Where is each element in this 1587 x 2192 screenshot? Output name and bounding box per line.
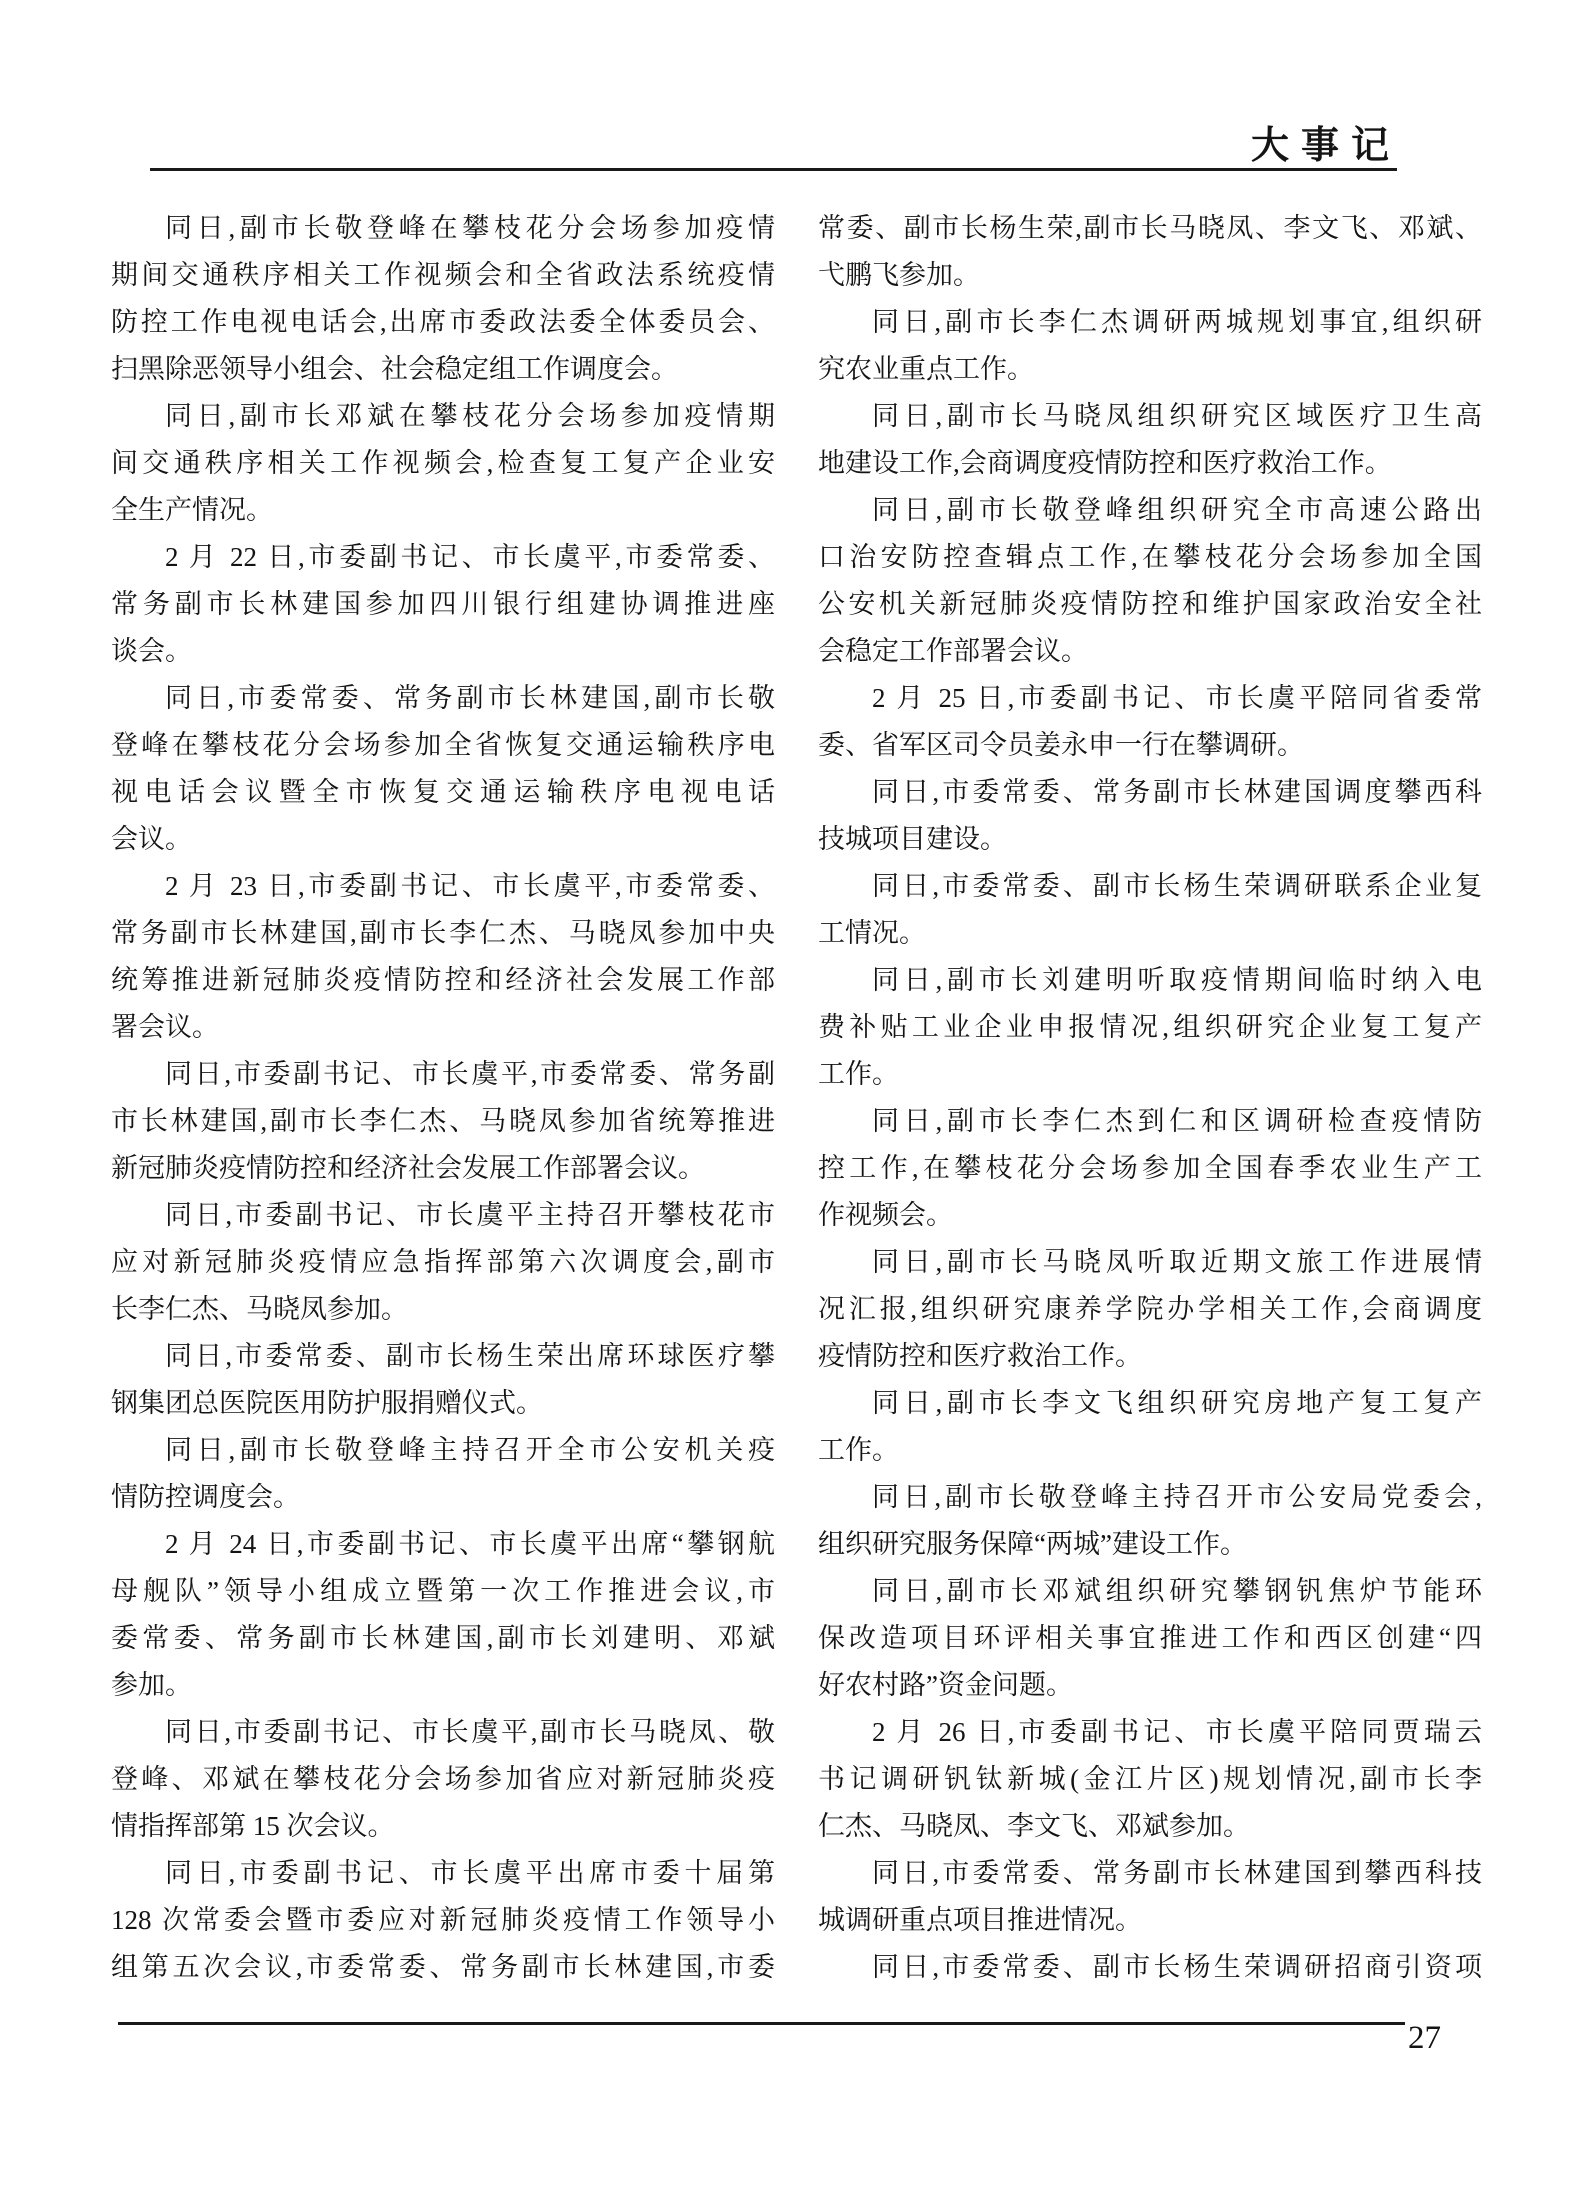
text-line: 委常委、常务副市长林建国,副市长刘建明、邓斌 (111, 1615, 775, 1662)
text-line: 技城项目建设。 (818, 816, 1482, 863)
document-page: 大事记 同日,副市长敬登峰在攀枝花分会场参加疫情期间交通秩序相关工作视频会和全省… (0, 0, 1587, 2192)
text-line: 地建设工作,会商调度疫情防控和医疗救治工作。 (818, 440, 1482, 487)
text-line: 署会议。 (111, 1004, 775, 1051)
text-line: 同日,副市长敬登峰组织研究全市高速公路出 (818, 487, 1482, 534)
text-line: 登峰、邓斌在攀枝花分会场参加省应对新冠肺炎疫 (111, 1756, 775, 1803)
text-line: 工作。 (818, 1051, 1482, 1098)
text-line: 保改造项目环评相关事宜推进工作和西区创建“四 (818, 1615, 1482, 1662)
text-line: 会稳定工作部署会议。 (818, 628, 1482, 675)
text-line: 同日,市委副书记、市长虞平,副市长马晓凤、敬 (111, 1709, 775, 1756)
text-line: 同日,副市长李仁杰到仁和区调研检查疫情防 (818, 1098, 1482, 1145)
text-line: 公安机关新冠肺炎疫情防控和维护国家政治安全社 (818, 581, 1482, 628)
text-line: 同日,副市长马晓凤组织研究区域医疗卫生高 (818, 393, 1482, 440)
page-number: 27 (1408, 2018, 1441, 2058)
text-line: 同日,市委副书记、市长虞平,市委常委、常务副 (111, 1051, 775, 1098)
text-line: 城调研重点项目推进情况。 (818, 1897, 1482, 1944)
text-line: 同日,市委常委、副市长杨生荣调研联系企业复 (818, 863, 1482, 910)
text-line: 同日,副市长敬登峰主持召开市公安局党委会, (818, 1474, 1482, 1521)
text-line: 费补贴工业企业申报情况,组织研究企业复工复产 (818, 1004, 1482, 1051)
text-line: 口治安防控查辑点工作,在攀枝花分会场参加全国 (818, 534, 1482, 581)
text-line: 参加。 (111, 1662, 775, 1709)
text-column-left: 同日,副市长敬登峰在攀枝花分会场参加疫情期间交通秩序相关工作视频会和全省政法系统… (111, 205, 775, 1991)
text-line: 疫情防控和医疗救治工作。 (818, 1333, 1482, 1380)
text-line: 组第五次会议,市委常委、常务副市长林建国,市委 (111, 1944, 775, 1991)
text-line: 新冠肺炎疫情防控和经济社会发展工作部署会议。 (111, 1145, 775, 1192)
text-line: 工情况。 (818, 910, 1482, 957)
text-line: 登峰在攀枝花分会场参加全省恢复交通运输秩序电 (111, 722, 775, 769)
text-line: 情防控调度会。 (111, 1474, 775, 1521)
text-line: 常委、副市长杨生荣,副市长马晓凤、李文飞、邓斌、 (818, 205, 1482, 252)
text-line: 究农业重点工作。 (818, 346, 1482, 393)
text-line: 常务副市长林建国,副市长李仁杰、马晓凤参加中央 (111, 910, 775, 957)
text-line: 母舰队”领导小组成立暨第一次工作推进会议,市 (111, 1568, 775, 1615)
text-line: 会议。 (111, 816, 775, 863)
text-line: 扫黑除恶领导小组会、社会稳定组工作调度会。 (111, 346, 775, 393)
text-line: 视电话会议暨全市恢复交通运输秩序电视电话 (111, 769, 775, 816)
footer-rule (118, 2022, 1405, 2025)
text-line: 同日,市委常委、常务副市长林建国,副市长敬 (111, 675, 775, 722)
text-line: 控工作,在攀枝花分会场参加全国春季农业生产工 (818, 1145, 1482, 1192)
text-line: 弋鹏飞参加。 (818, 252, 1482, 299)
text-line: 常务副市长林建国参加四川银行组建协调推进座 (111, 581, 775, 628)
text-line: 同日,副市长李仁杰调研两城规划事宜,组织研 (818, 299, 1482, 346)
text-line: 书记调研钒钛新城(金江片区)规划情况,副市长李 (818, 1756, 1482, 1803)
text-line: 仁杰、马晓凤、李文飞、邓斌参加。 (818, 1803, 1482, 1850)
text-line: 同日,副市长邓斌组织研究攀钢钒焦炉节能环 (818, 1568, 1482, 1615)
text-line: 同日,副市长敬登峰主持召开全市公安机关疫 (111, 1427, 775, 1474)
text-line: 同日,市委副书记、市长虞平主持召开攀枝花市 (111, 1192, 775, 1239)
page-title: 大事记 (1251, 124, 1401, 168)
text-line: 委、省军区司令员姜永申一行在攀调研。 (818, 722, 1482, 769)
text-column-right: 常委、副市长杨生荣,副市长马晓凤、李文飞、邓斌、弋鹏飞参加。同日,副市长李仁杰调… (818, 205, 1482, 1991)
text-line: 同日,副市长敬登峰在攀枝花分会场参加疫情 (111, 205, 775, 252)
text-line: 同日,副市长邓斌在攀枝花分会场参加疫情期 (111, 393, 775, 440)
text-line: 同日,市委常委、副市长杨生荣出席环球医疗攀 (111, 1333, 775, 1380)
text-line: 况汇报,组织研究康养学院办学相关工作,会商调度 (818, 1286, 1482, 1333)
text-line: 同日,市委常委、副市长杨生荣调研招商引资项 (818, 1944, 1482, 1991)
text-line: 128 次常委会暨市委应对新冠肺炎疫情工作领导小 (111, 1897, 775, 1944)
text-line: 2 月 26 日,市委副书记、市长虞平陪同贾瑞云 (818, 1709, 1482, 1756)
text-line: 谈会。 (111, 628, 775, 675)
text-line: 同日,市委常委、常务副市长林建国到攀西科技 (818, 1850, 1482, 1897)
text-line: 同日,副市长马晓凤听取近期文旅工作进展情 (818, 1239, 1482, 1286)
text-line: 同日,市委常委、常务副市长林建国调度攀西科 (818, 769, 1482, 816)
text-line: 2 月 25 日,市委副书记、市长虞平陪同省委常 (818, 675, 1482, 722)
text-line: 防控工作电视电话会,出席市委政法委全体委员会、 (111, 299, 775, 346)
text-line: 长李仁杰、马晓凤参加。 (111, 1286, 775, 1333)
text-line: 情指挥部第 15 次会议。 (111, 1803, 775, 1850)
header-rule (150, 168, 1397, 171)
text-line: 间交通秩序相关工作视频会,检查复工复产企业安 (111, 440, 775, 487)
text-line: 钢集团总医院医用防护服捐赠仪式。 (111, 1380, 775, 1427)
text-line: 统筹推进新冠肺炎疫情防控和经济社会发展工作部 (111, 957, 775, 1004)
text-line: 同日,副市长李文飞组织研究房地产复工复产 (818, 1380, 1482, 1427)
text-line: 应对新冠肺炎疫情应急指挥部第六次调度会,副市 (111, 1239, 775, 1286)
text-line: 同日,市委副书记、市长虞平出席市委十届第 (111, 1850, 775, 1897)
text-line: 组织研究服务保障“两城”建设工作。 (818, 1521, 1482, 1568)
text-line: 期间交通秩序相关工作视频会和全省政法系统疫情 (111, 252, 775, 299)
text-line: 好农村路”资金问题。 (818, 1662, 1482, 1709)
text-line: 市长林建国,副市长李仁杰、马晓凤参加省统筹推进 (111, 1098, 775, 1145)
text-line: 2 月 23 日,市委副书记、市长虞平,市委常委、 (111, 863, 775, 910)
text-line: 作视频会。 (818, 1192, 1482, 1239)
text-line: 2 月 22 日,市委副书记、市长虞平,市委常委、 (111, 534, 775, 581)
text-line: 全生产情况。 (111, 487, 775, 534)
text-line: 同日,副市长刘建明听取疫情期间临时纳入电 (818, 957, 1482, 1004)
text-line: 工作。 (818, 1427, 1482, 1474)
text-line: 2 月 24 日,市委副书记、市长虞平出席“攀钢航 (111, 1521, 775, 1568)
